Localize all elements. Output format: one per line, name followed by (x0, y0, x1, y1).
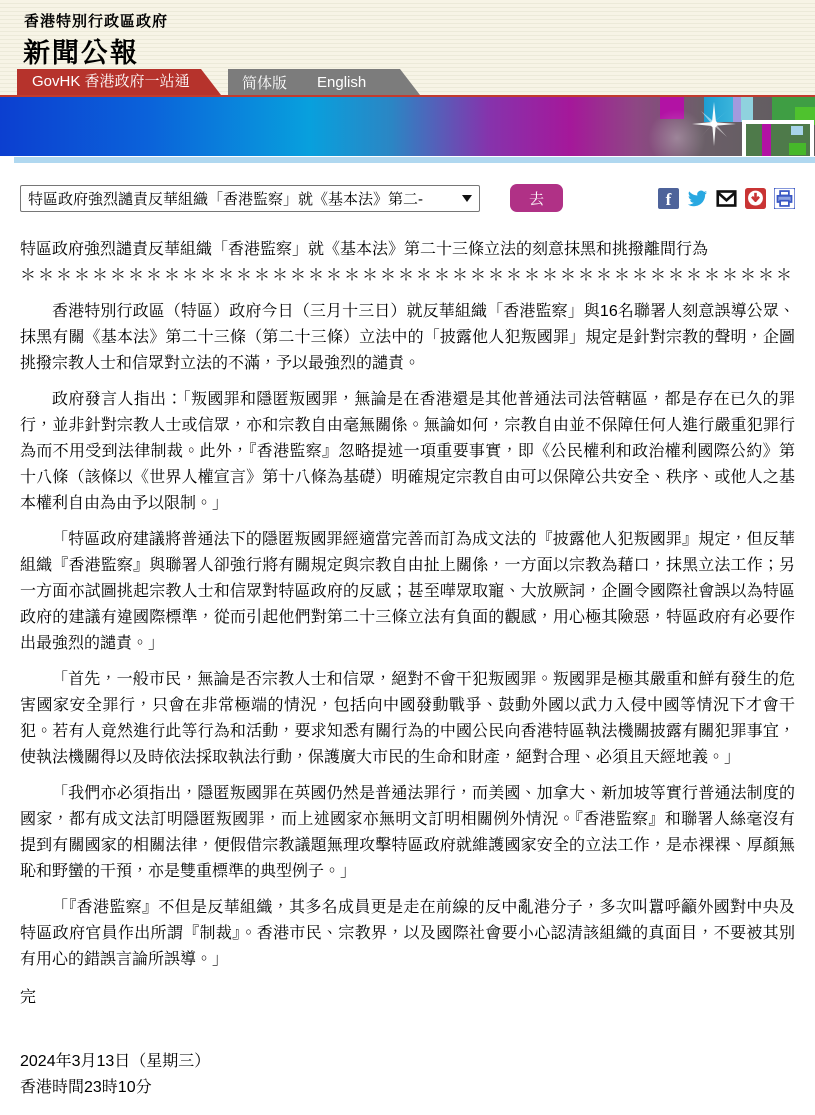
nav-simplified-chinese-link[interactable]: 简体版 (242, 72, 287, 93)
banner-underline (14, 157, 815, 163)
twitter-icon[interactable] (687, 188, 708, 209)
press-release-select[interactable]: 特區政府強烈譴責反華組織「香港監察」就《基本法》第二- (20, 185, 480, 212)
article-paragraph: 「我們亦必須指出，隱匿叛國罪在英國仍然是普通法罪行，而美國、加拿大、新加坡等實行… (20, 781, 795, 885)
sparkle-icon (692, 102, 736, 151)
article-paragraph: 「特區政府建議將普通法下的隱匿叛國罪經適當完善而訂為成文法的『披露他人犯叛國罪』… (20, 527, 795, 657)
email-icon[interactable] (716, 188, 737, 209)
nav-english-link[interactable]: English (317, 74, 366, 91)
site-header: 香港特別行政區政府 新聞公報 GovHK 香港政府一站通 简体版 English (0, 0, 815, 97)
press-release-toolbar: 特區政府強烈譴責反華組織「香港監察」就《基本法》第二- 去 f (20, 184, 795, 212)
top-nav: GovHK 香港政府一站通 简体版 English (0, 69, 815, 95)
issue-date: 2024年3月13日（星期三） (20, 1049, 795, 1075)
brand-banner (0, 97, 815, 156)
download-icon[interactable] (745, 188, 766, 209)
issue-time: 香港時間23時10分 (20, 1075, 795, 1101)
framed-box-magenta-stripe (762, 124, 771, 156)
banner-teal-block (741, 97, 753, 122)
article-paragraph: 香港特別行政區（特區）政府今日（三月十三日）就反華組織「香港監察」與16名聯署人… (20, 299, 795, 377)
government-name: 香港特別行政區政府 (24, 10, 168, 31)
banner-framed-box (742, 120, 814, 156)
share-icons: f (658, 188, 795, 209)
article-body: 特區政府強烈譴責反華組織「香港監察」就《基本法》第二十三條立法的刻意抹黑和挑撥離… (20, 237, 795, 1101)
nav-language-tabs: 简体版 English (228, 69, 420, 95)
go-button[interactable]: 去 (510, 184, 563, 212)
article-paragraph: 「『香港監察』不但是反華組織，其多名成員更是走在前線的反中亂港分子，多次叫囂呼籲… (20, 895, 795, 973)
article-paragraph: 政府發言人指出：「叛國罪和隱匿叛國罪，無論是在香港還是其他普通法司法管轄區，都是… (20, 387, 795, 517)
facebook-icon[interactable]: f (658, 188, 679, 209)
press-release-select-value: 特區政府強烈譴責反華組織「香港監察」就《基本法》第二- (28, 188, 423, 209)
page-title: 新聞公報 (23, 31, 139, 70)
title-separator-stars: ＊＊＊＊＊＊＊＊＊＊＊＊＊＊＊＊＊＊＊＊＊＊＊＊＊＊＊＊＊＊＊＊＊＊＊＊＊＊＊＊… (20, 263, 795, 289)
end-mark: 完 (20, 985, 795, 1011)
chevron-down-icon (462, 195, 472, 202)
print-icon[interactable] (774, 188, 795, 209)
article-title: 特區政府強烈譴責反華組織「香港監察」就《基本法》第二十三條立法的刻意抹黑和挑撥離… (20, 237, 795, 263)
nav-govhk-tab[interactable]: GovHK 香港政府一站通 (17, 69, 221, 95)
framed-box-sky-block (791, 126, 803, 135)
article-paragraph: 「首先，一般市民，無論是否宗教人士和信眾，絕對不會干犯叛國罪。叛國罪是極其嚴重和… (20, 667, 795, 771)
framed-box-green-block (789, 143, 806, 155)
